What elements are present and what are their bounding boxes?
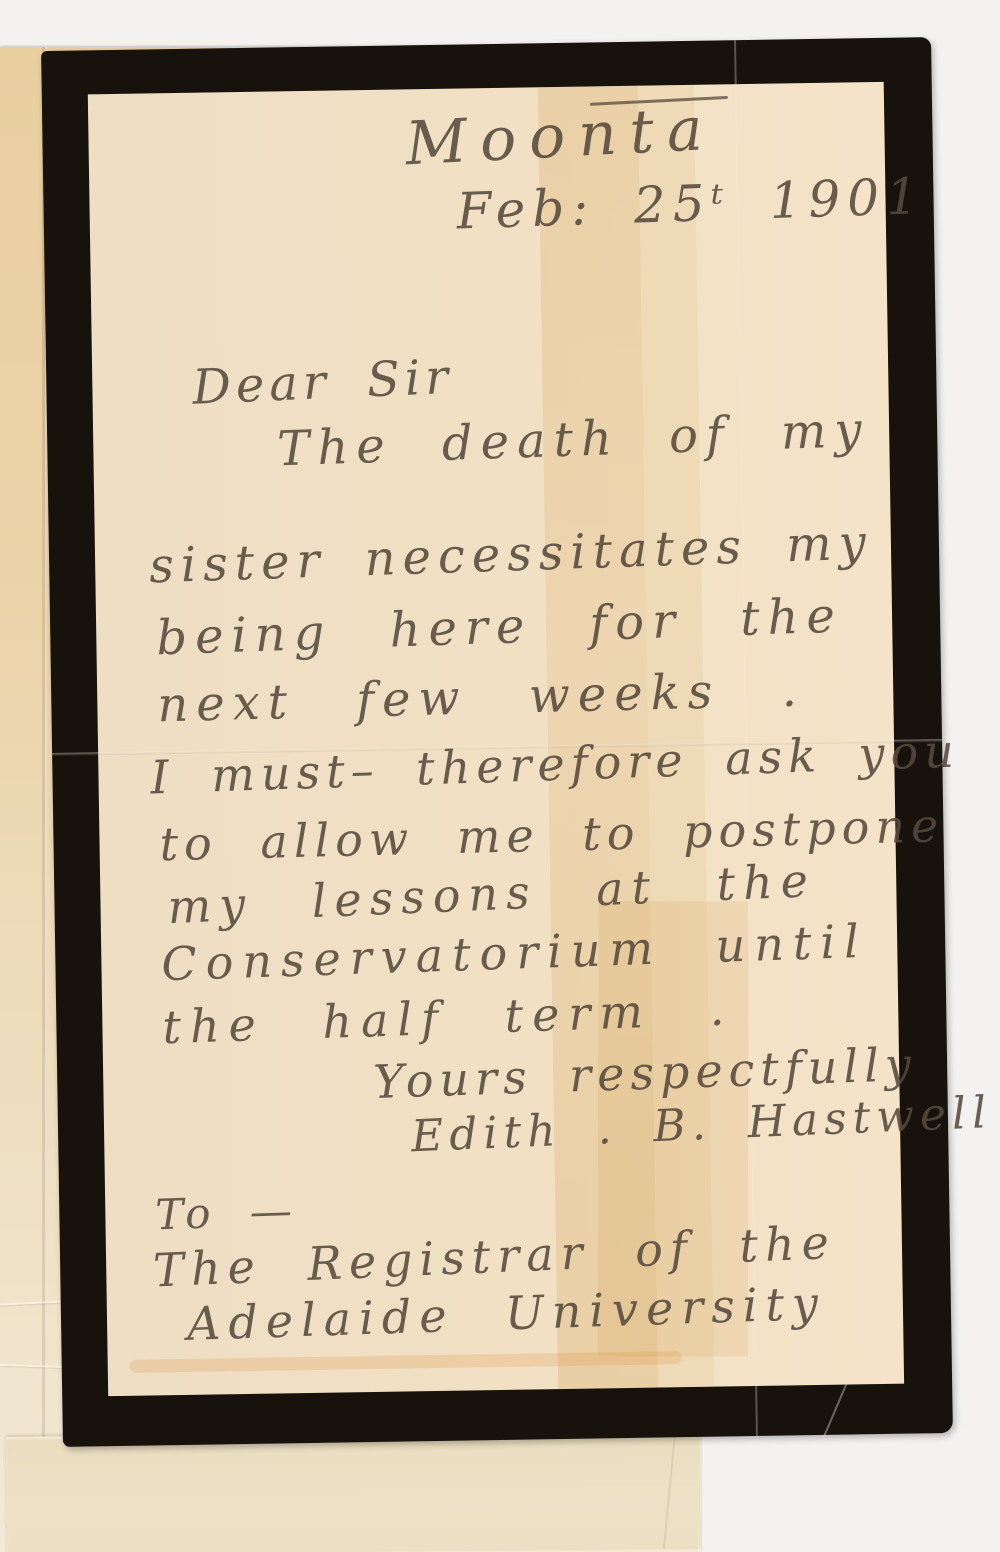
scanned-letter-page: Moonta Feb: 25ᵗ 1901 Dear Sir The death …: [0, 0, 1000, 1552]
letter: Moonta Feb: 25ᵗ 1901 Dear Sir The death …: [41, 37, 953, 1447]
addressee-line: To —: [155, 1186, 298, 1240]
salutation-line: Dear Sir: [191, 349, 454, 416]
bottom-sheet-crease: [663, 1431, 676, 1549]
backing-crease: [0, 1364, 70, 1368]
backing-crease: [0, 1300, 64, 1305]
bottom-sheet-paper: [6, 1431, 699, 1552]
